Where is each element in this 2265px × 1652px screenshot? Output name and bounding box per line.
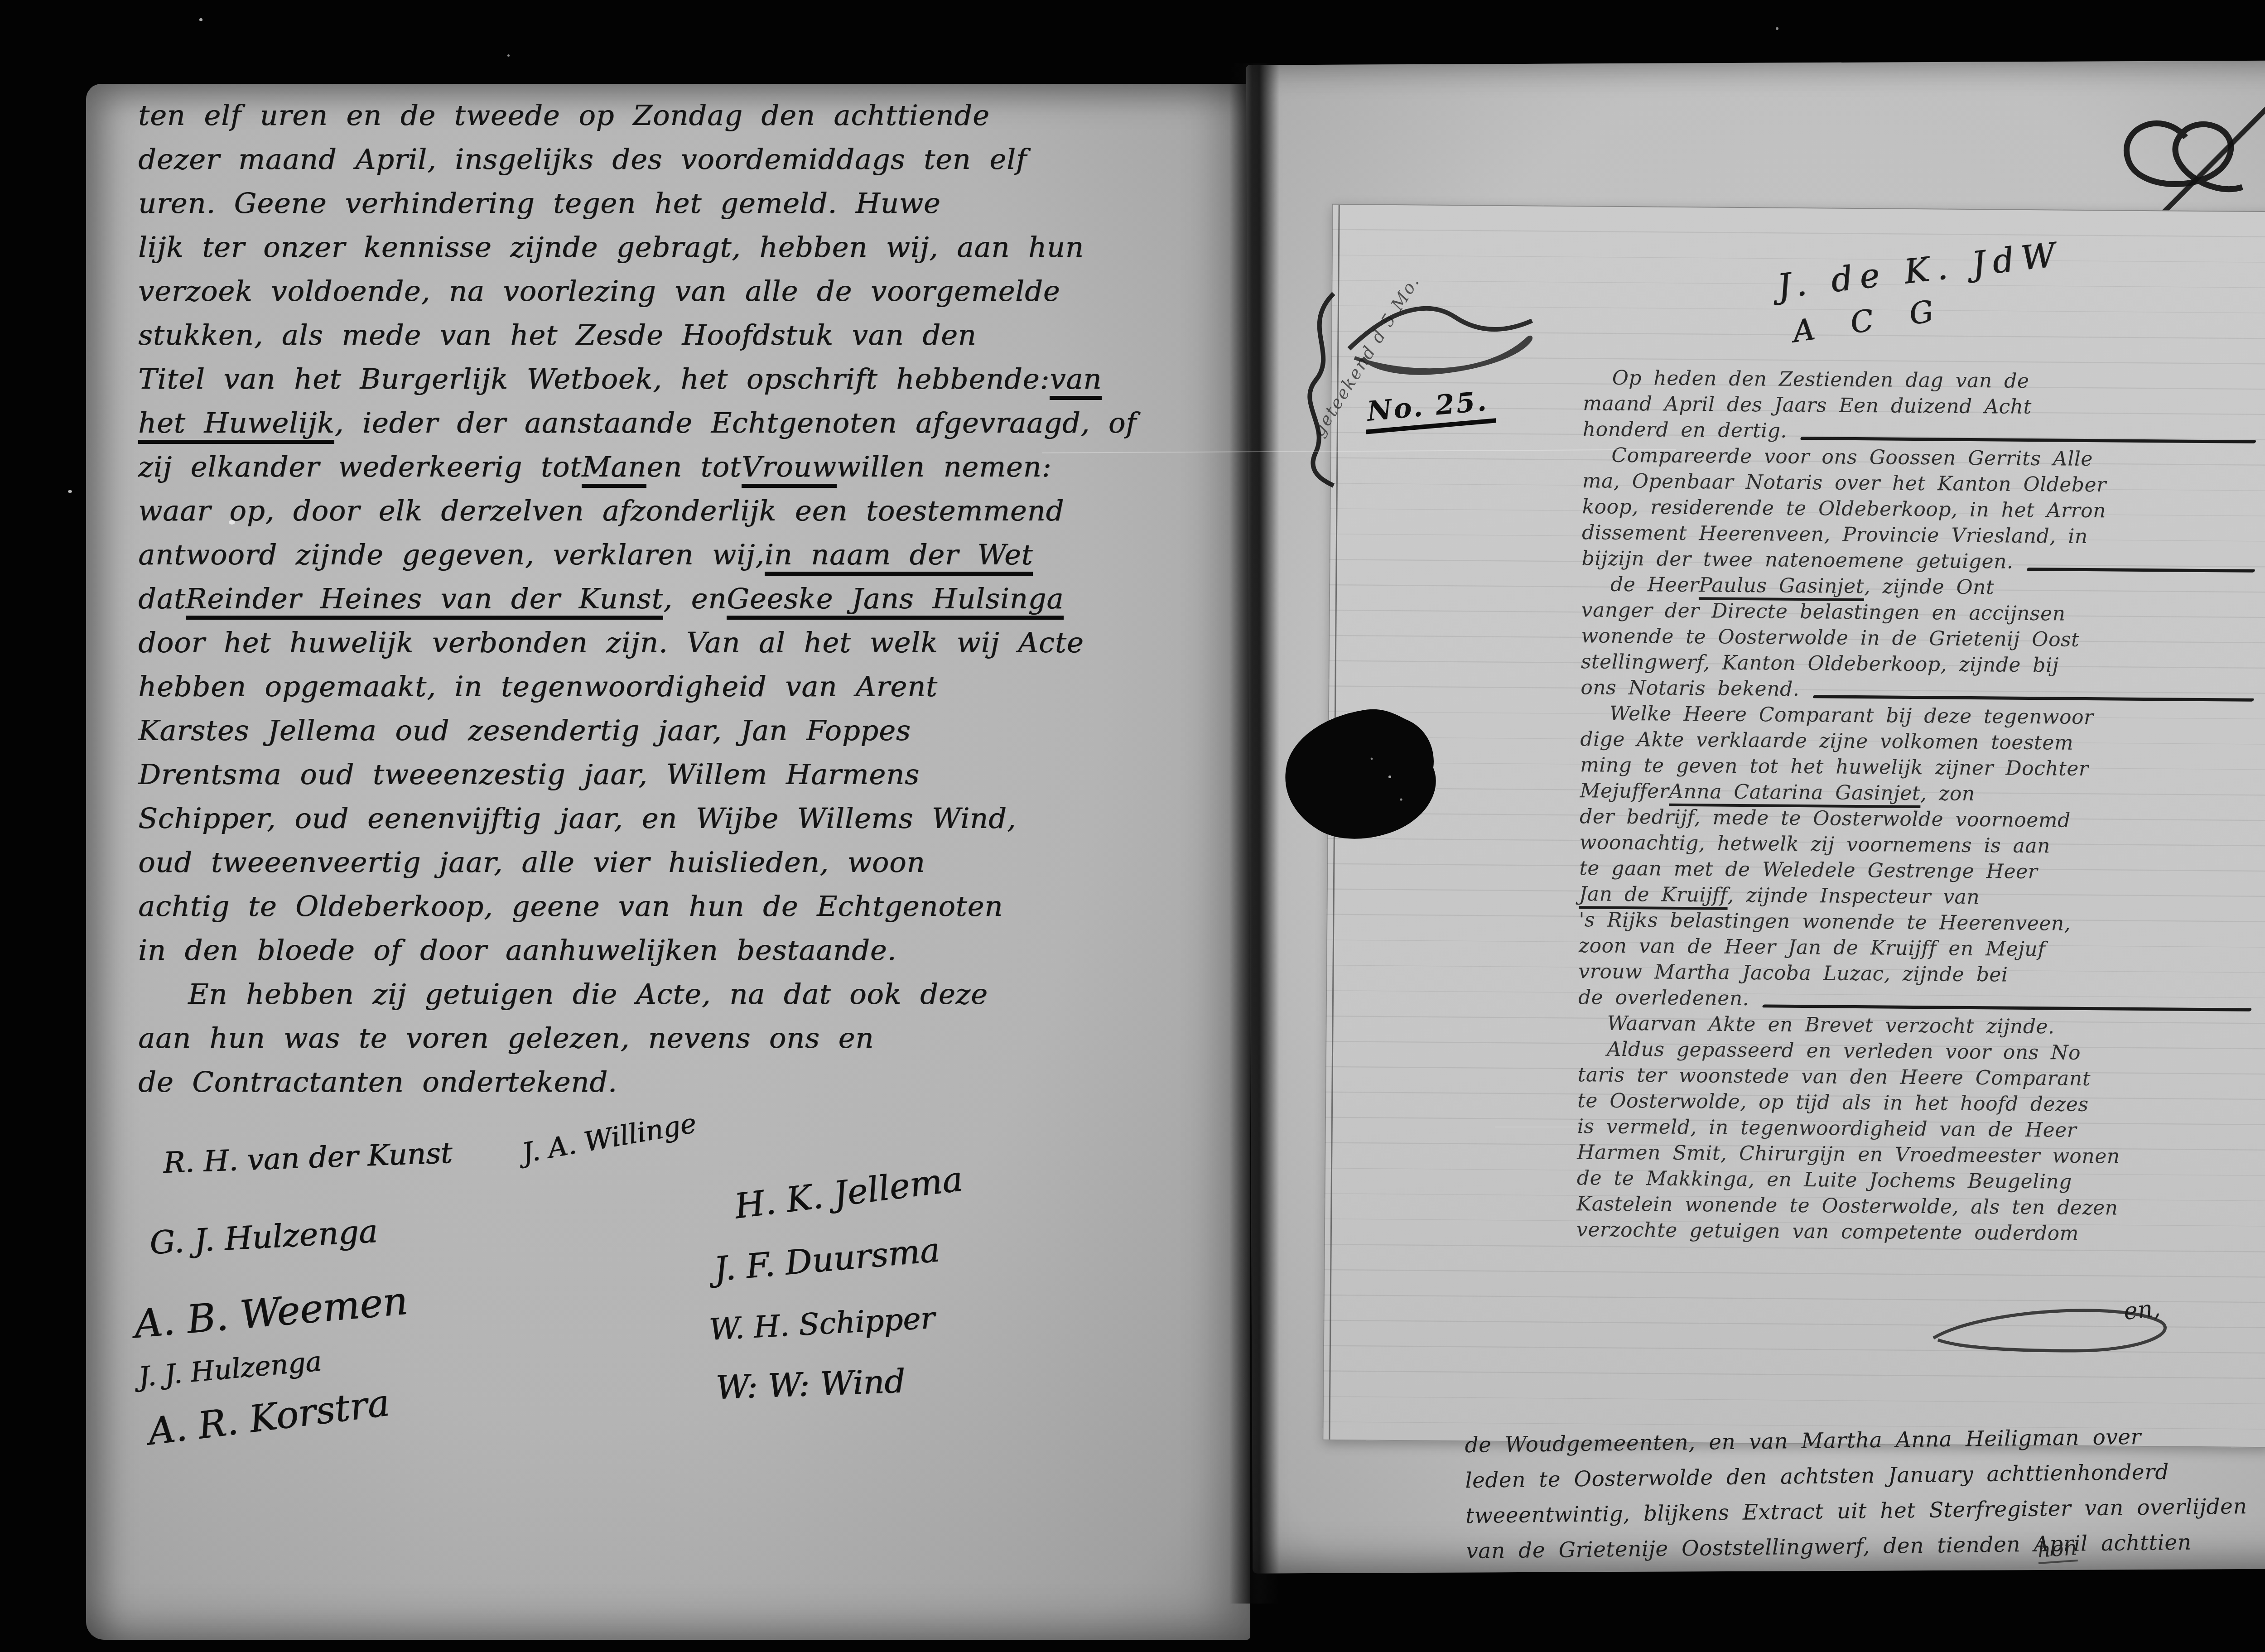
underlined-name: Paulus Gasinjet [1699,573,1864,601]
underlined-name: Reinder Heines van der Kunst [186,582,664,620]
film-speck [68,490,72,493]
manuscript-line: waar op, door elk derzelven afzonderlijk… [138,494,1200,538]
film-speck [199,18,202,21]
ink-filler-rule [1762,1004,2252,1011]
underlined-name: Anna Catarina Gasinjet [1669,780,1920,808]
text-segment: , zon [1920,782,1975,805]
text-segment: koop, residerende te Oldeberkoop, in het… [1582,495,2106,522]
film-scratch [1495,1127,1903,1127]
text-segment: dissement Heerenveen, Provincie Vrieslan… [1582,521,2088,548]
text-segment: , ieder der aanstaande Echtgenoten afgev… [334,406,1137,439]
text-segment: stellingwerf, Kanton Oldeberkoop, zijnde… [1581,650,2059,677]
text-segment: zij elkander wederkeerig tot [138,450,582,483]
underlined-name: het Huwelijk [138,406,334,444]
text-segment: en tot [646,450,742,483]
manuscript-line: En hebben zij getuigen die Acte, na dat … [138,978,1200,1021]
text-segment: antwoord zijnde gegeven, verklaren wij, [138,538,765,571]
text-segment: taris ter woonstede van den Heere Compar… [1577,1063,2091,1090]
text-segment: ma, Openbaar Notaris over het Kanton Old… [1582,469,2106,496]
text-segment: dat [138,582,186,615]
gutter-flourish [1296,290,1342,489]
seal-glint [1400,798,1402,800]
text-segment: vrouw Martha Jacoba Luzac, zijnde bei [1578,960,2008,986]
text-segment: oud tweeenveertig jaar, alle vier huisli… [138,846,925,879]
text-segment: honderd en dertig. [1583,418,1787,443]
manuscript-line: dat Reinder Heines van der Kunst, en Gee… [138,582,1200,626]
manuscript-line: dezer maand April, insgelijks des voorde… [138,143,1200,187]
text-segment: der bedrijf, mede te Oosterwolde voornoe… [1580,805,2071,832]
catchword: hon [2037,1535,2078,1564]
flourish-stroke [1310,294,1334,486]
book-gutter-fold [1229,63,1279,1604]
text-segment: Op heden den Zestienden dag van de [1612,366,2029,393]
text-segment: is vermeld, in tegenwoordigheid van de H… [1577,1115,2077,1142]
manuscript-line: achtig te Oldeberkoop, geene van hun de … [138,890,1200,934]
manuscript-line: verzochte getuigen van competente ouderd… [1576,1218,2261,1249]
microfilm-scan: ten elf uren en de tweede op Zondag den … [0,0,2265,1652]
text-segment: de Contractanten ondertekend. [138,1065,617,1098]
consent-act-text: Op heden den Zestienden dag van demaand … [1576,366,2265,1249]
manuscript-line: Schipper, oud eenenvijftig jaar, en Wijb… [138,802,1200,846]
text-segment: woonachtig, hetwelk zij voornemens is aa… [1579,831,2050,857]
manuscript-line: lijk ter onzer kennisse zijnde gebragt, … [138,231,1200,275]
text-segment: lijk ter onzer kennisse zijnde gebragt, … [138,231,1084,264]
film-speck [1776,27,1778,30]
film-speck [507,54,510,57]
text-segment: maand April des Jaars Een duizend Acht [1583,392,2032,419]
text-segment: verzoek voldoende, na voorlezing van all… [138,275,1060,308]
manuscript-line: verzoek voldoende, na voorlezing van all… [138,275,1200,318]
signature: W: W: Wind [715,1362,906,1407]
wax-seal [1277,704,1444,849]
text-segment: , en [663,582,727,615]
text-segment: ons Notaris bekend. [1581,676,1799,701]
text-segment: zoon van de Heer Jan de Kruijff en Mejuf [1579,934,2046,961]
underlined-name: Vrouw [742,450,837,488]
text-segment: vanger der Directe belastingen en accijn… [1581,598,2066,625]
underlined-name: Jan de Kruijff [1579,882,1728,910]
film-speck [229,520,235,525]
manuscript-line: door het huwelijk verbonden zijn. Van al… [138,626,1200,670]
manuscript-line: het Huwelijk, ieder der aanstaande Echtg… [138,406,1200,450]
text-segment: in den bloede of door aanhuwelijken best… [138,934,896,967]
text-segment: Kastelein wonende te Oosterwolde, als te… [1576,1192,2118,1219]
text-segment: bijzijn der twee natenoemene getuigen. [1581,547,2013,573]
text-segment: te Oosterwolde, op tijd als in het hoofd… [1577,1089,2089,1116]
text-segment: de te Makkinga, en Luite Jochems Beugeli… [1577,1166,2072,1194]
underlined-name: Man [582,450,646,488]
text-segment: aan hun was te voren gelezen, nevens ons… [138,1021,874,1055]
ink-filler-rule [2026,568,2255,573]
text-segment: willen nemen: [837,450,1052,483]
text-segment: hebben opgemaakt, in tegenwoordigheid va… [138,670,938,703]
closing-mark: en, [2122,1295,2162,1325]
manuscript-line: hebben opgemaakt, in tegenwoordigheid va… [138,670,1200,714]
text-segment: Waarvan Akte en Brevet verzocht zijnde. [1607,1012,2054,1039]
text-segment: ten elf uren en de tweede op Zondag den … [138,99,990,132]
underlined-name: in naam der Wet [765,538,1033,576]
seal-blob [1285,709,1436,839]
underlying-page-bottom-text: de Woudgemeenten, en van Martha Anna Hei… [1465,1421,2265,1574]
text-segment: Titel van het Burgerlijk Wetboek, het op… [138,362,1050,395]
text-segment: Aldus gepasseerd en verleden voor ons No [1607,1038,2081,1064]
text-segment: Schipper, oud eenenvijftig jaar, en Wijb… [138,802,1016,835]
text-segment: ming te geven tot het huwelijk zijner Do… [1580,753,2089,780]
underlined-name: Geeske Jans Hulsinga [727,582,1064,620]
text-segment: , zijnde Ont [1864,575,1995,599]
text-segment: 's Rijks belastingen wonende te Heerenve… [1579,908,2071,935]
text-segment: stukken, als mede van het Zesde Hoofdstu… [138,318,977,352]
text-segment: de Heer [1610,573,1699,597]
text-segment: Compareerde voor ons Goossen Gerrits All… [1611,444,2093,471]
ink-filler-rule [1812,695,2255,702]
manuscript-line: de Contractanten ondertekend. [138,1065,1200,1109]
text-segment: dezer maand April, insgelijks des voorde… [138,143,1027,176]
text-segment: Welke Heere Comparant bij deze tegenwoor [1610,702,2094,729]
text-segment: waar op, door elk derzelven afzonderlijk… [138,494,1064,527]
manuscript-line: Titel van het Burgerlijk Wetboek, het op… [138,362,1200,406]
text-segment: door het huwelijk verbonden zijn. Van al… [138,626,1084,659]
manuscript-line: Karstes Jellema oud zesendertig jaar, Ja… [138,714,1200,758]
manuscript-line: antwoord zijnde gegeven, verklaren wij, … [138,538,1200,582]
ink-filler-rule [1800,437,2256,443]
scrawl-loop [1354,337,1531,373]
paraph-loops [2126,123,2242,189]
marriage-act-text: ten elf uren en de tweede op Zondag den … [138,99,1200,1109]
manuscript-line: oud tweeenveertig jaar, alle vier huisli… [138,846,1200,890]
seal-glint [1388,775,1391,778]
underlined-name: van [1050,362,1102,400]
text-segment: Drentsma oud tweeenzestig jaar, Willem H… [138,758,920,791]
text-segment: wonende te Oosterwolde in de Grietenij O… [1581,624,2079,651]
text-segment: Harmen Smit, Chirurgijn en Vroedmeester … [1577,1141,2120,1168]
seal-glint [1371,758,1373,760]
manuscript-line: Drentsma oud tweeenzestig jaar, Willem H… [138,758,1200,802]
text-segment: dige Akte verklaarde zijne volkomen toes… [1580,727,2073,755]
margin-signature-scrawl [1336,281,1545,385]
text-segment: te gaan met de Weledele Gestrenge Heer [1579,857,2038,883]
manuscript-line: ten elf uren en de tweede op Zondag den … [138,99,1200,143]
text-segment: , zijnde Inspecteur van [1728,884,1980,909]
manuscript-line: zij elkander wederkeerig tot Man en tot … [138,450,1200,494]
manuscript-line: stukken, als mede van het Zesde Hoofdstu… [138,318,1200,362]
text-segment: En hebben zij getuigen die Acte, na dat … [188,978,988,1011]
scrawl-stroke [1349,308,1532,349]
text-segment: Mejuffer [1580,779,1669,803]
text-segment: de overledenen. [1578,986,1749,1010]
manuscript-line: in den bloede of door aanhuwelijken best… [138,934,1200,978]
text-segment: achtig te Oldeberkoop, geene van hun de … [138,890,1003,923]
text-segment: verzochte getuigen van competente ouderd… [1576,1218,2079,1245]
manuscript-line: aan hun was te voren gelezen, nevens ons… [138,1021,1200,1065]
text-segment: Karstes Jellema oud zesendertig jaar, Ja… [138,714,911,747]
text-segment: uren. Geene verhindering tegen het gemel… [138,187,941,220]
manuscript-line: uren. Geene verhindering tegen het gemel… [138,187,1200,231]
